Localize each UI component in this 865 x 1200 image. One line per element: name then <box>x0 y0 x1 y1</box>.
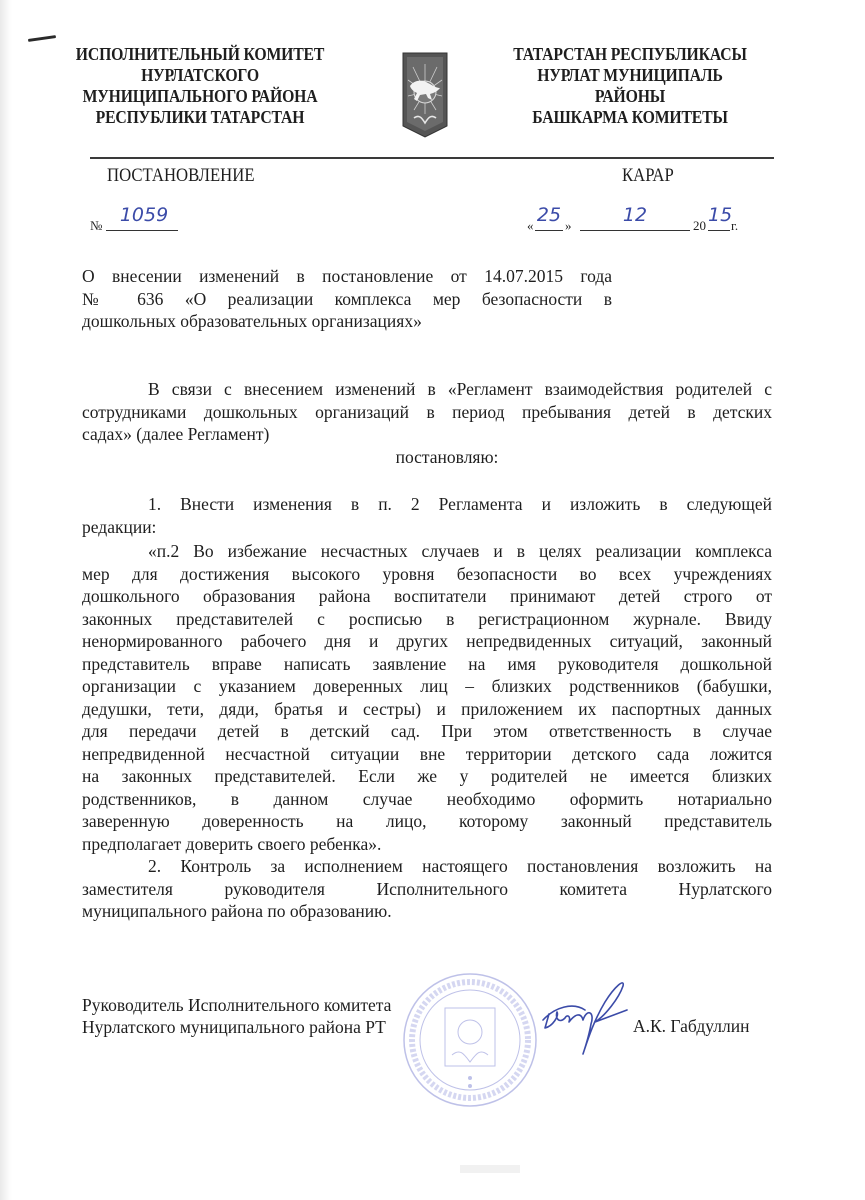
preamble-paragraph: В связи с внесением изменений в «Регламе… <box>82 378 772 468</box>
document-title: О внесении изменений в постановление от … <box>82 265 612 333</box>
date-year-field: 15 <box>708 204 730 231</box>
amended-clause-quote: «п.2 Во избежание несчастных случаев и в… <box>82 540 772 855</box>
header-left-line: НУРЛАТСКОГО <box>74 65 326 86</box>
header-right-line: БАШКАРМА КОМИТЕТЫ <box>504 107 756 128</box>
document-number: 1059 <box>106 204 178 226</box>
header-right-line: НУРЛАТ МУНИЦИПАЛЬ <box>504 65 756 86</box>
title-line: № 636 «О реализации комплекса мер безопа… <box>82 288 612 311</box>
quote-line: для передачи детей в детский сад. При эт… <box>82 720 772 743</box>
document-number-field: 1059 <box>106 204 178 231</box>
quote-line: организации с указанием доверенных лиц –… <box>82 675 772 698</box>
item-1-line: 1. Внести изменения в п. 2 Регламента и … <box>82 493 772 516</box>
quote-line: заверенную доверенность на лицо, котором… <box>82 810 772 833</box>
signatory-position: Руководитель Исполнительного комитета Ну… <box>82 994 391 1038</box>
header-divider <box>90 157 774 159</box>
official-stamp-icon <box>400 970 540 1110</box>
quote-line: законных представителей с росписью в рег… <box>82 608 772 631</box>
scan-page-edge <box>0 0 12 1200</box>
quote-line: мер для достижения высокого уровня безоп… <box>82 563 772 586</box>
quote-line: дедушки, тети, дяди, братья и сестры) и … <box>82 698 772 721</box>
date-open-quote: « <box>527 218 534 234</box>
quote-line: непредвиденной несчастной ситуации вне т… <box>82 743 772 766</box>
resolve-word: постановляю: <box>82 446 772 469</box>
quote-line: на законных представителей. Если же у ро… <box>82 765 772 788</box>
preamble-line: садах» (далее Регламент) <box>82 423 772 446</box>
date-month-field: 12 <box>580 204 690 231</box>
header-left-line: МУНИЦИПАЛЬНОГО РАЙОНА <box>74 86 326 107</box>
preamble-line: сотрудниками дошкольных организаций в пе… <box>82 401 772 424</box>
header-left-line: ИСПОЛНИТЕЛЬНЫЙ КОМИТЕТ <box>74 44 326 65</box>
header-right-line: РАЙОНЫ <box>504 86 756 107</box>
date-day-field: 25 <box>535 204 563 231</box>
coat-of-arms-icon <box>402 52 448 138</box>
item-2: 2. Контроль за исполнением настоящего по… <box>82 855 772 923</box>
item-2-line: заместителя руководителя Исполнительного… <box>82 878 772 901</box>
quote-line: представитель вправе написать заявление … <box>82 653 772 676</box>
header-left-russian: ИСПОЛНИТЕЛЬНЫЙ КОМИТЕТ НУРЛАТСКОГО МУНИЦ… <box>74 44 326 128</box>
item-2-line: муниципального района по образованию. <box>82 900 772 923</box>
quote-line: предполагает доверить своего ребенка». <box>82 833 772 856</box>
preamble-line: В связи с внесением изменений в «Регламе… <box>82 378 772 401</box>
date-day: 25 <box>537 204 561 226</box>
header-right-tatar: ТАТАРСТАН РЕСПУБЛИКАСЫ НУРЛАТ МУНИЦИПАЛЬ… <box>504 44 756 128</box>
quote-line: дошкольного образования района воспитате… <box>82 585 772 608</box>
quote-line: родственников, в данном случае необходим… <box>82 788 772 811</box>
signatory-position-line: Нурлатского муниципального района РТ <box>82 1016 391 1038</box>
handwritten-signature-icon <box>535 972 630 1057</box>
number-prefix: № <box>90 218 102 234</box>
pen-mark <box>28 35 56 42</box>
item-2-line: 2. Контроль за исполнением настоящего по… <box>82 855 772 878</box>
signatory-name: А.К. Габдуллин <box>633 1016 749 1037</box>
header-left-line: РЕСПУБЛИКИ ТАТАРСТАН <box>74 107 326 128</box>
header-right-line: ТАТАРСТАН РЕСПУБЛИКАСЫ <box>504 44 756 65</box>
scan-artifact <box>460 1165 520 1173</box>
item-1: 1. Внести изменения в п. 2 Регламента и … <box>82 493 772 538</box>
date-month: 12 <box>623 204 647 226</box>
date-year-mark: г. <box>731 218 738 234</box>
title-line: О внесении изменений в постановление от … <box>82 265 612 288</box>
item-1-line: редакции: <box>82 516 772 539</box>
quote-line: ненормированного рабочего дня и других н… <box>82 630 772 653</box>
quote-line: «п.2 Во избежание несчастных случаев и в… <box>82 540 772 563</box>
signatory-position-line: Руководитель Исполнительного комитета <box>82 994 391 1016</box>
doc-type-russian: ПОСТАНОВЛЕНИЕ <box>107 165 255 187</box>
title-line: дошкольных образовательных организациях» <box>82 310 612 333</box>
date-year-suffix: 15 <box>708 204 732 226</box>
doc-type-tatar: КАРАР <box>622 165 674 187</box>
date-close-quote: » <box>565 218 572 234</box>
date-year-prefix: 20 <box>693 218 706 234</box>
